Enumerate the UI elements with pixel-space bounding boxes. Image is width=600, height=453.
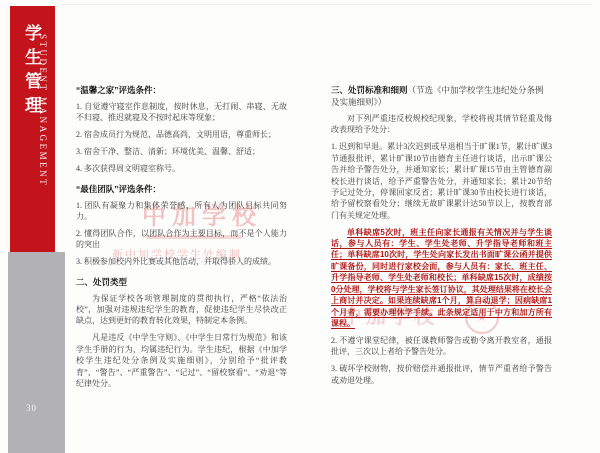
left-column: “温馨之家”评选条件： 1. 自觉遵守寝室作息制度，按时休息，无打闹、串寝、无故… (76, 84, 287, 395)
list-item: 3. 宿舍干净、整洁、清新；环境优美、温馨、舒适； (76, 146, 287, 157)
paragraph: 凡是违反《中学生守则》、《中学生日常行为规范》和该学生手册的行为，均属违纪行为。… (76, 332, 287, 389)
rule-item: 3. 破坏学校财物，按价赔偿并通报批评，情节严重者给予警告或劝退处理。 (331, 363, 552, 386)
paragraph: 为保证学校各项管理制度的贯彻执行，严格“依法治校”，加强对违规违纪学生的教育，促… (76, 293, 287, 327)
sidebar-footer-band: 30 (8, 252, 65, 453)
list-item: 1. 自觉遵守寝室作息制度，按时休息，无打闹、串寝、无故不归寝、推迟就寝及不按时… (76, 101, 287, 124)
right-column: 三、处罚标准和细则（节选《中加学校学生违纪处分条例及实施细则》） 对下列严重违反… (331, 84, 552, 391)
highlighted-red-paragraph: 单科缺席5次时，班主任向家长通报有关情况并与学生谈话，参与人员有：学生、学生处老… (331, 227, 552, 330)
section-heading-punishment-rules: 三、处罚标准和细则（节选《中加学校学生违纪处分条例及实施细则》） (331, 84, 552, 108)
intro-paragraph: 对下列严重违反校规校纪现象，学校将视其情节轻重及悔改表现给予处分： (331, 113, 552, 136)
page-top-edge-line (60, 4, 592, 5)
section-heading-punishment-types: 二、处罚类型 (76, 276, 287, 288)
section-heading-warm-home: “温馨之家”评选条件： (76, 84, 287, 96)
list-item: 4. 多次获得周文明寝室称号。 (76, 163, 287, 174)
list-item: 2. 懂得团队合作，以团队合作为主要目标，而不是个人能力的突出 (76, 228, 287, 251)
rule-item: 1. 迟到和早退。累计3次迟到或早退相当于旷课1节，累计旷课3节通报批评，累计旷… (331, 141, 552, 221)
page-number: 30 (26, 403, 37, 413)
sidebar-subtitle-vertical: STUDENT MANAGEMENT (38, 34, 48, 187)
section-heading-best-team: “最佳团队”评选条件： (76, 183, 287, 195)
book-page: 学生管理 STUDENT MANAGEMENT 30 中加学校 新中加学校学生处… (0, 0, 600, 453)
heading-bold-part: 三、处罚标准和细则 (331, 85, 408, 95)
list-item: 3. 积极参加校内外比赛或其他活动，并取得骄人的成绩。 (76, 256, 287, 267)
list-item: 2. 宿舍成员行为规范，品德高尚，文明用语，尊重师长； (76, 129, 287, 140)
list-item: 1. 团队有凝聚力和集体荣誉感，所有人为团队目标共同努力。 (76, 200, 287, 223)
rule-item: 2. 不遵守课堂纪律，被任课教师警告或勒令离开教室者，通报批评，三次以上者给予警… (331, 335, 552, 358)
sidebar-band: 学生管理 STUDENT MANAGEMENT (10, 6, 55, 252)
